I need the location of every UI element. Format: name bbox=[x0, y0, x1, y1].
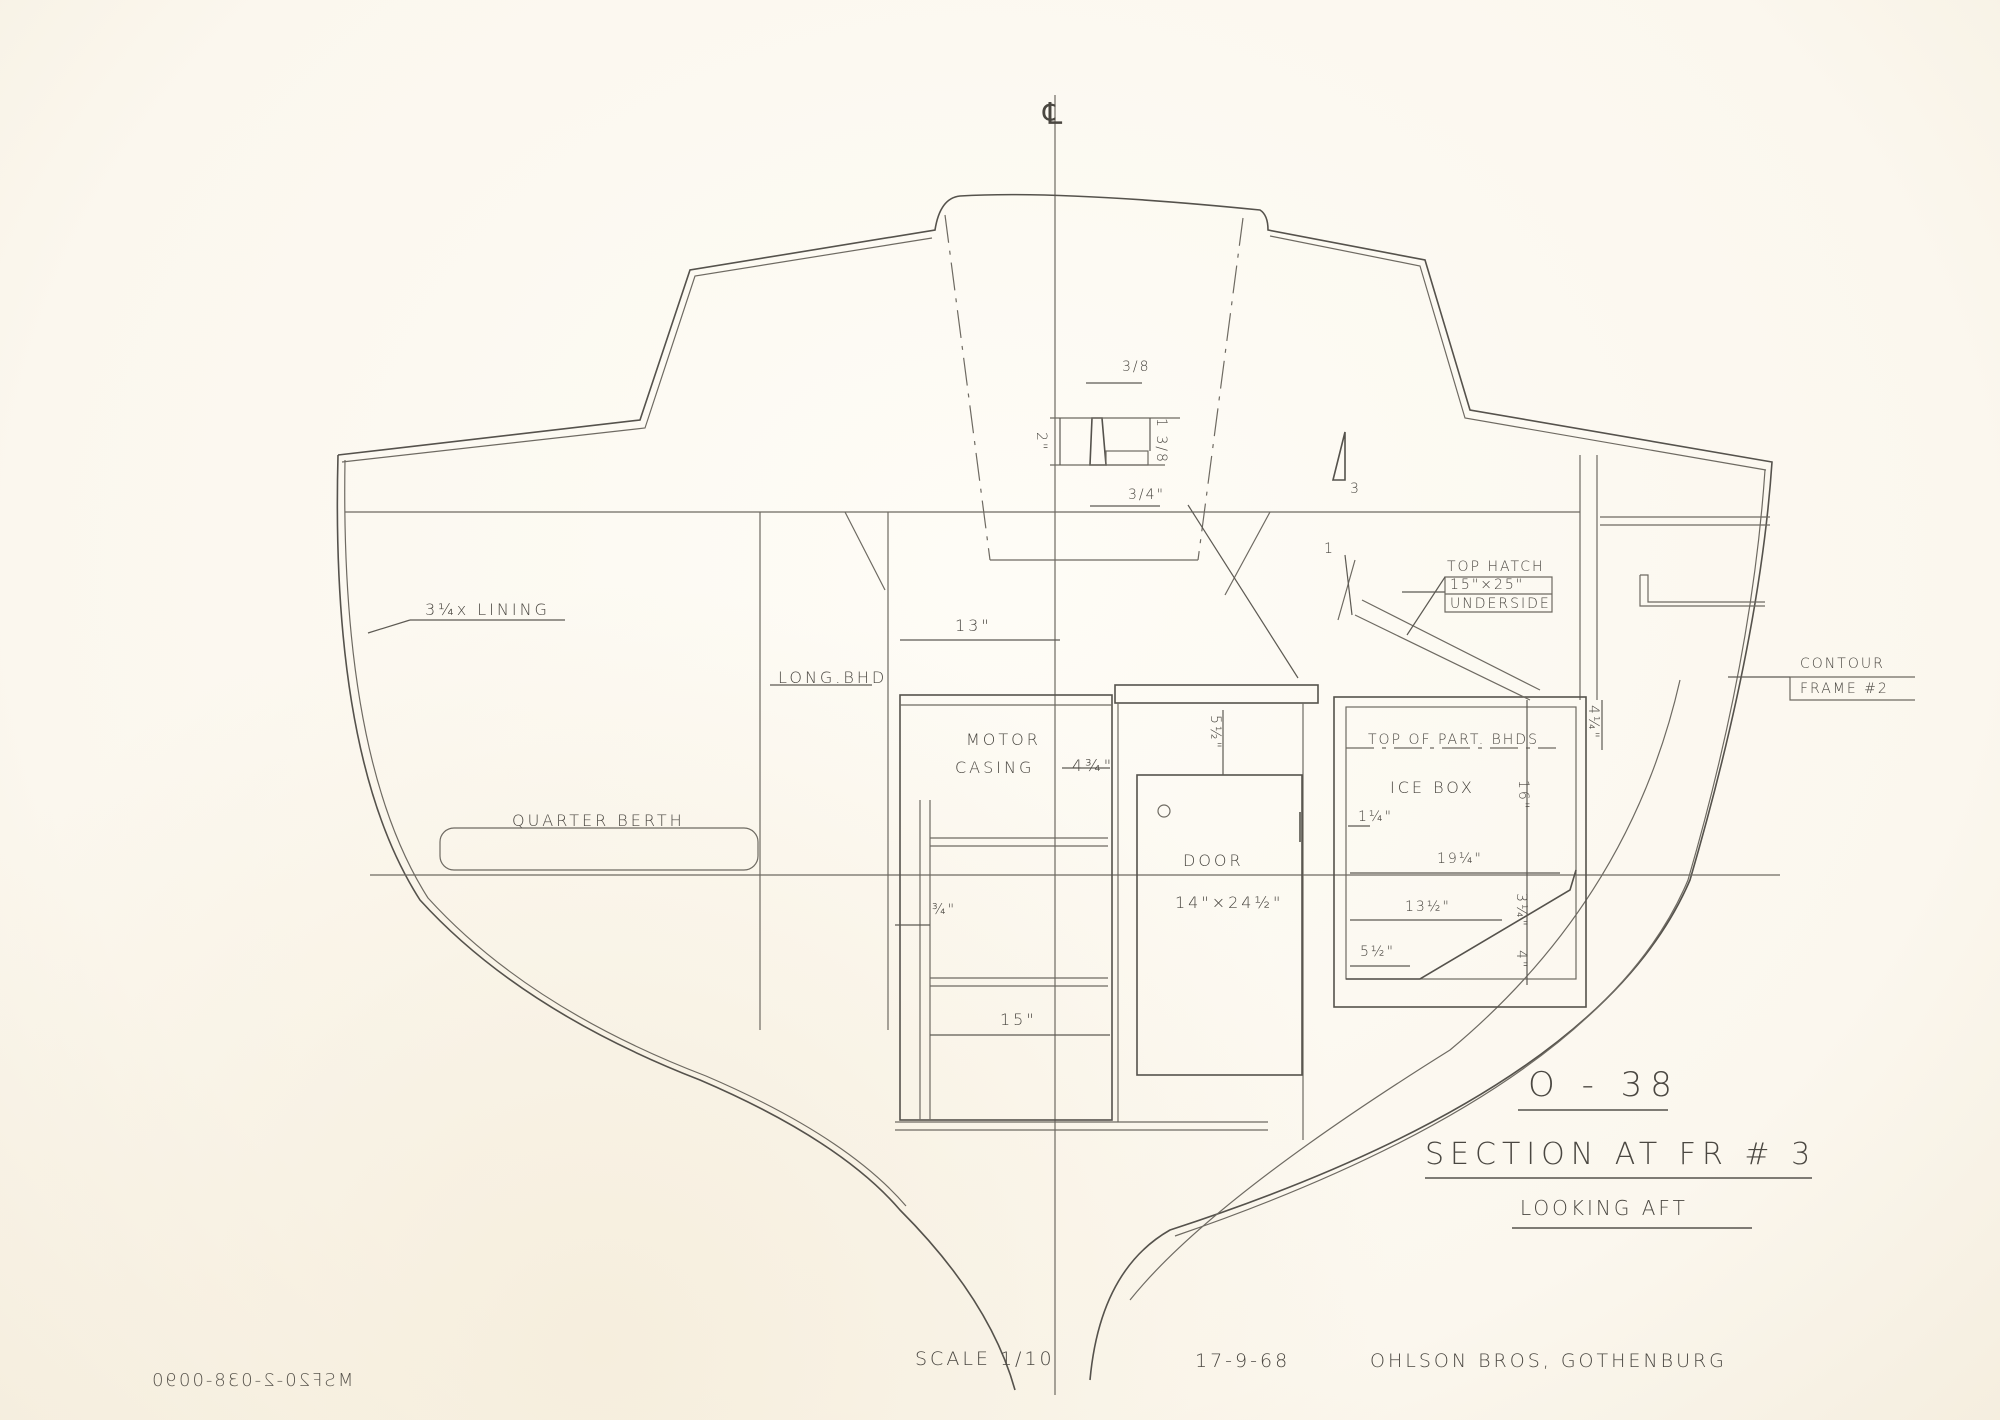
motor-casing-label-1: MOTOR bbox=[966, 732, 1041, 748]
dim-casing-width: 13" bbox=[955, 618, 992, 634]
date-label: 17-9-68 bbox=[1195, 1352, 1290, 1371]
top-of-part-bhds-label: TOP OF PART. BHDS bbox=[1368, 733, 1539, 747]
dim-detail-height: 2" bbox=[1034, 432, 1048, 451]
dim-ice-bottom-right: 4" bbox=[1514, 950, 1528, 969]
door-label: DOOR bbox=[1183, 853, 1244, 869]
dim-ice-low: 5½" bbox=[1360, 945, 1395, 959]
dim-detail-bottom: 3/4" bbox=[1128, 488, 1165, 502]
dim-door-top: 5½" bbox=[1208, 715, 1222, 750]
archive-stamp: MSF20-2-038-0090 bbox=[150, 1372, 353, 1390]
dim-ice-mid: 13½" bbox=[1405, 900, 1451, 914]
centerline-symbol: ℄ bbox=[1043, 100, 1068, 130]
dim-casing-bottom: 15" bbox=[1000, 1012, 1037, 1028]
contour-label: CONTOUR bbox=[1800, 657, 1885, 671]
ice-box-label: ICE BOX bbox=[1390, 780, 1475, 796]
dim-casing-side: ¾" bbox=[932, 903, 956, 917]
dim-ice-step-right: 3¼" bbox=[1514, 893, 1528, 928]
scale-label: SCALE 1/10 bbox=[915, 1350, 1055, 1369]
top-hatch-label: TOP HATCH bbox=[1447, 560, 1545, 574]
drawing-sheet: ℄ 3¼x LINING LONG.BHD QUARTER BERTH MOTO… bbox=[0, 0, 2000, 1420]
maker-label: OHLSON BROS, GOTHENBURG bbox=[1370, 1352, 1727, 1371]
hull-section-drawing bbox=[0, 0, 2000, 1420]
dim-ice-width: 19¼" bbox=[1437, 852, 1483, 866]
dim-detail-top: 3/8 bbox=[1122, 360, 1151, 374]
door bbox=[1137, 775, 1302, 1075]
dim-ice-wall: 1¼" bbox=[1358, 810, 1393, 824]
top-hatch-size: 15"×25" bbox=[1450, 578, 1524, 592]
dim-ice-top-right: 4¼" bbox=[1586, 705, 1600, 740]
quarter-berth-label: QUARTER BERTH bbox=[512, 813, 685, 829]
dim-casing-gap: 4¾" bbox=[1072, 758, 1114, 774]
contour-frame-label: FRAME #2 bbox=[1800, 682, 1889, 696]
quarter-berth bbox=[440, 828, 758, 870]
lining-label: 3¼x LINING bbox=[425, 602, 550, 618]
slope-label-b: 1 bbox=[1324, 542, 1335, 556]
model-number: O - 38 bbox=[1528, 1068, 1680, 1102]
drawing-subtitle: LOOKING AFT bbox=[1520, 1198, 1688, 1218]
top-hatch-note: UNDERSIDE bbox=[1450, 597, 1551, 611]
long-bhd-label: LONG.BHD bbox=[778, 670, 887, 686]
door-knob bbox=[1158, 805, 1170, 817]
dim-detail-step: 1 3/8 bbox=[1154, 418, 1168, 464]
slope-label-a: 3 bbox=[1350, 482, 1361, 496]
dim-ice-height: 16" bbox=[1516, 780, 1530, 810]
motor-casing-label-2: CASING bbox=[955, 760, 1034, 776]
drawing-title: SECTION AT FR # 3 bbox=[1425, 1140, 1816, 1170]
door-size-label: 14"×24½" bbox=[1175, 895, 1283, 911]
